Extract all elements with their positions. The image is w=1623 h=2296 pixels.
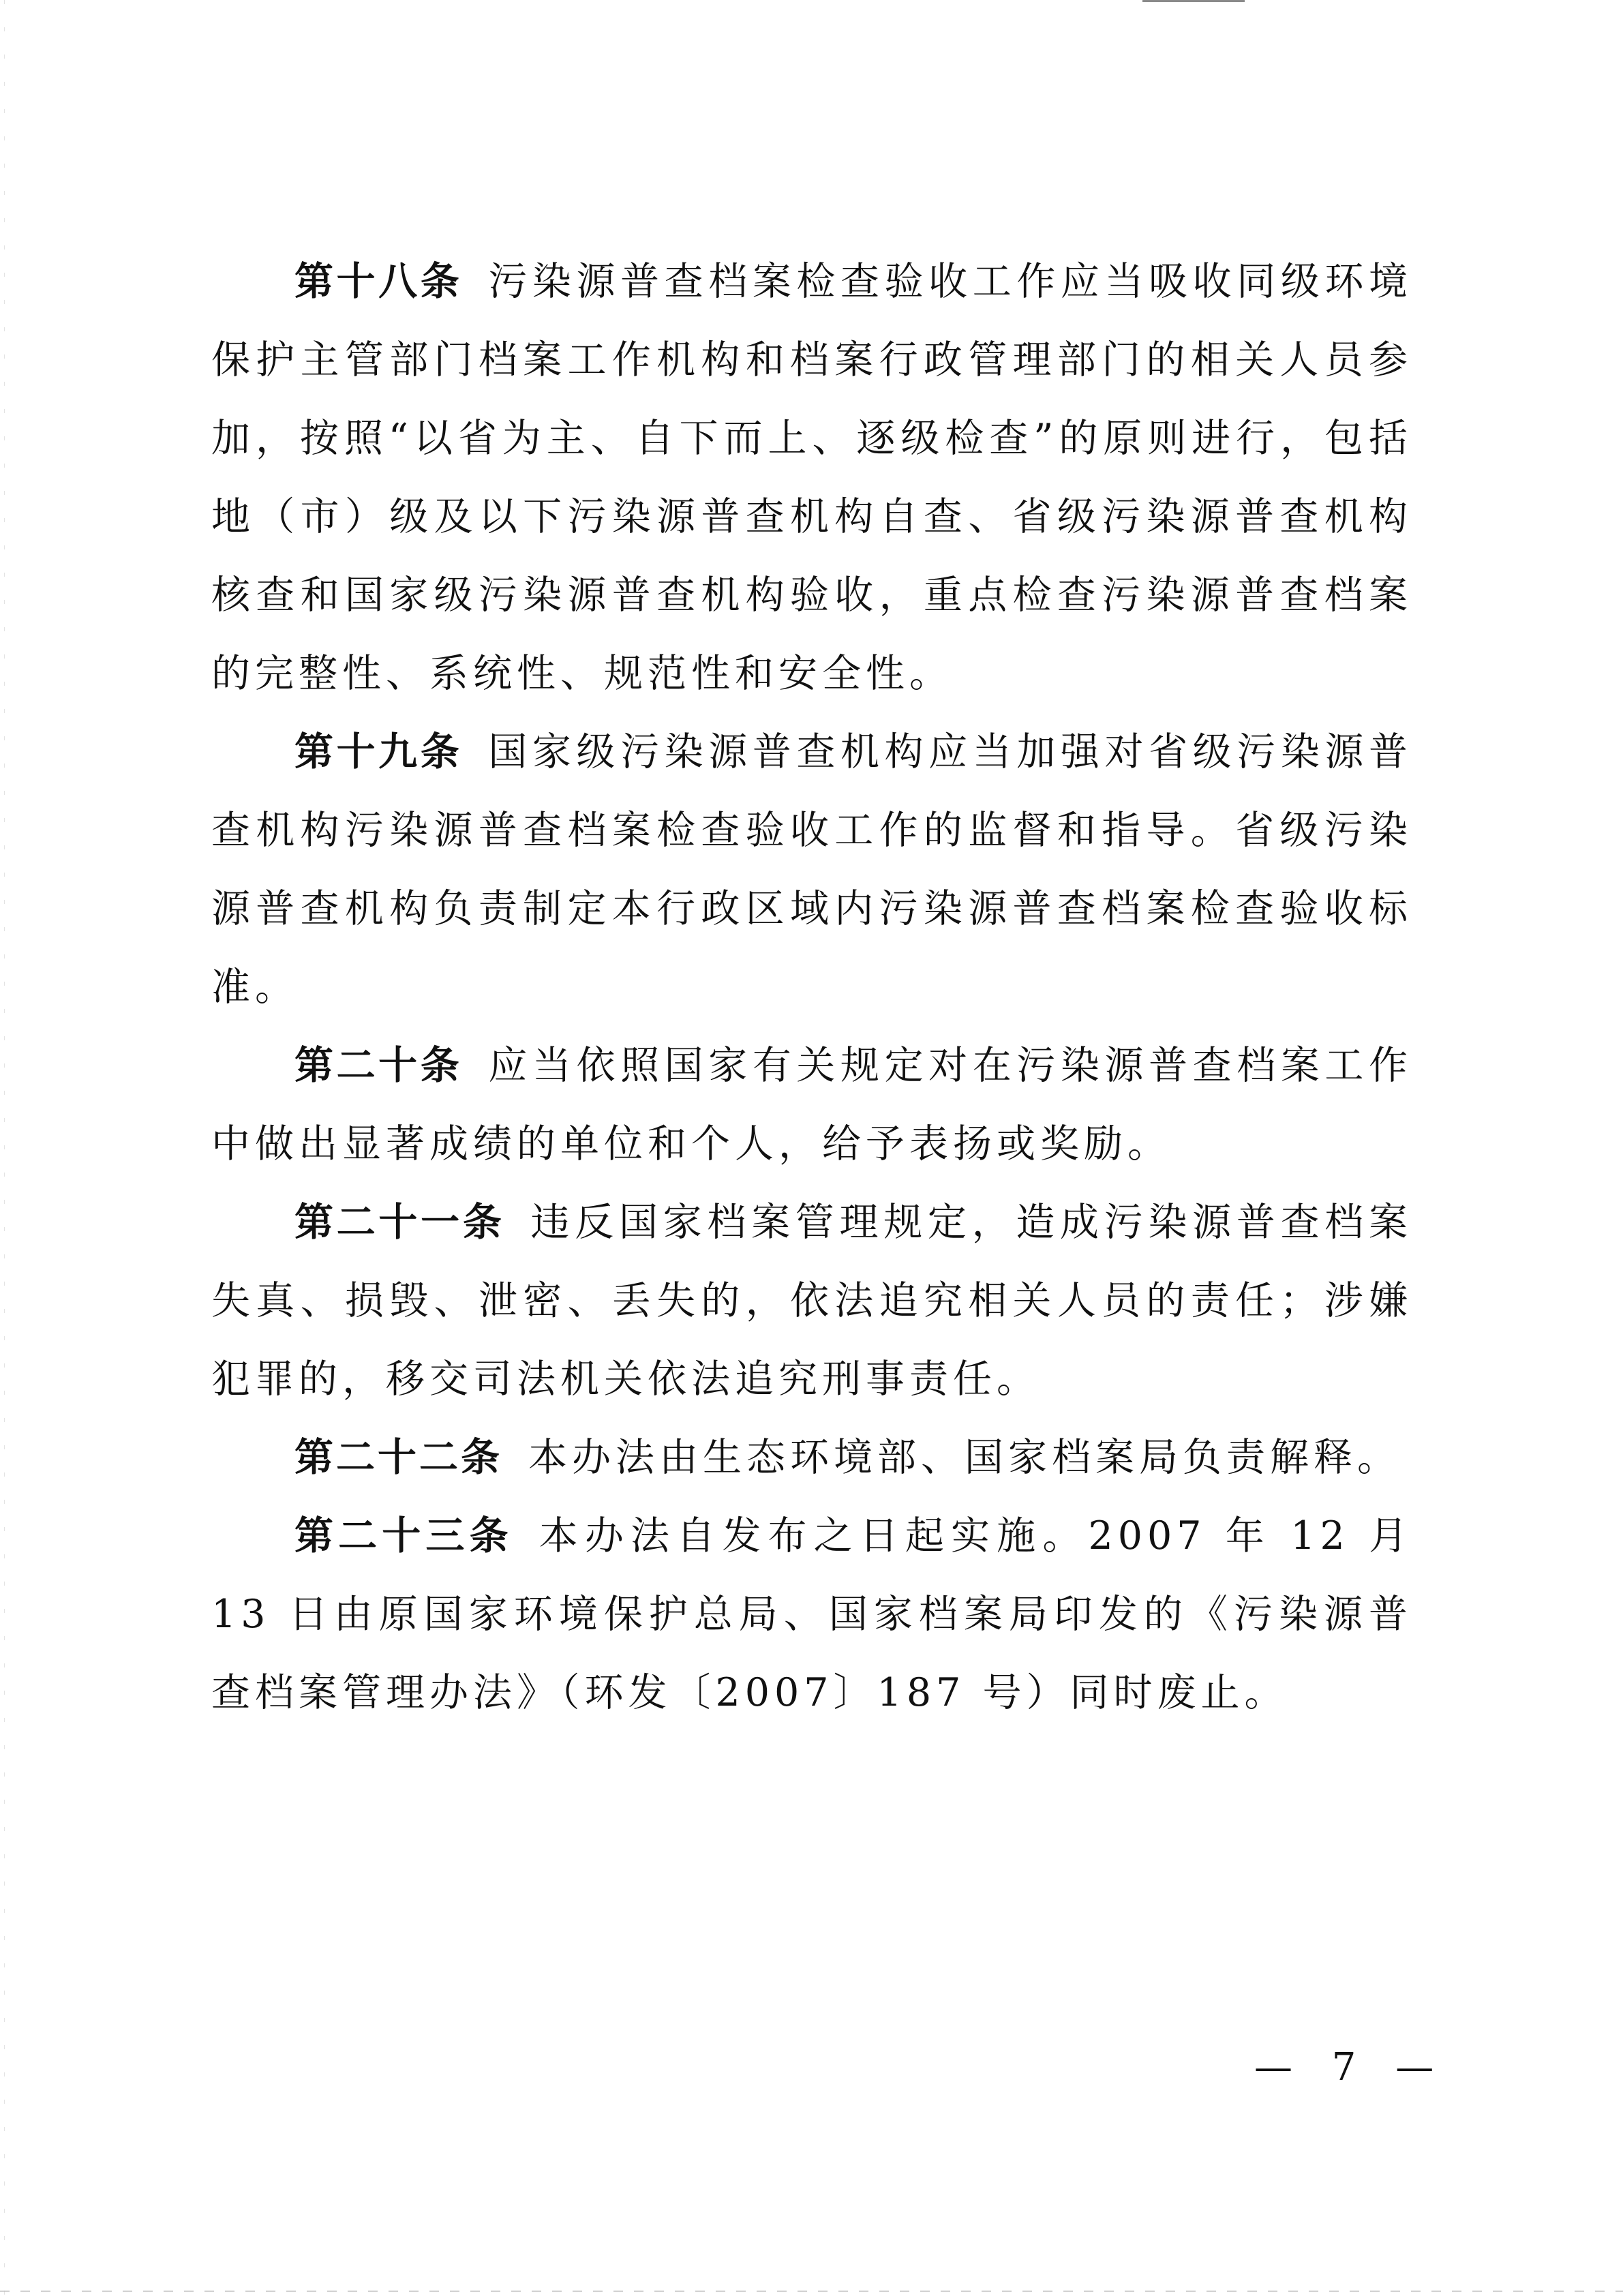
scan-edge-bottom (0, 2291, 1623, 2292)
article-heading: 第十八条 (294, 259, 462, 304)
article-heading: 第二十三条 (294, 1513, 513, 1558)
document-body: 第十八条污染源普查档案检查验收工作应当吸收同级环境保护主管部门档案工作机构和档案… (211, 243, 1412, 1732)
article-heading: 第二十二条 (294, 1435, 502, 1480)
article-22: 第二十二条本办法由生态环境部、国家档案局负责解释。 (211, 1419, 1412, 1497)
scan-edge-left (4, 0, 5, 2296)
article-20: 第二十条应当依照国家有关规定对在污染源普查档案工作中做出显著成绩的单位和个人，给… (211, 1027, 1412, 1183)
article-19: 第十九条国家级污染源普查机构应当加强对省级污染源普查机构污染源普查档案检查验收工… (211, 713, 1412, 1027)
article-23: 第二十三条本办法自发布之日起实施。2007 年 12 月 13 日由原国家环境保… (211, 1497, 1412, 1732)
scan-edge-mark (1142, 0, 1245, 2)
article-heading: 第二十一条 (294, 1200, 505, 1245)
page-number: — 7 — (1254, 2044, 1447, 2091)
article-21: 第二十一条违反国家档案管理规定，造成污染源普查档案失真、损毁、泄密、丢失的，依法… (211, 1183, 1412, 1419)
article-heading: 第二十条 (294, 1043, 462, 1088)
article-18: 第十八条污染源普查档案检查验收工作应当吸收同级环境保护主管部门档案工作机构和档案… (211, 243, 1412, 713)
article-heading: 第十九条 (294, 729, 462, 774)
article-text: 本办法由生态环境部、国家档案局负责解释。 (528, 1435, 1401, 1480)
article-text: 污染源普查档案检查验收工作应当吸收同级环境保护主管部门档案工作机构和档案行政管理… (211, 259, 1412, 696)
